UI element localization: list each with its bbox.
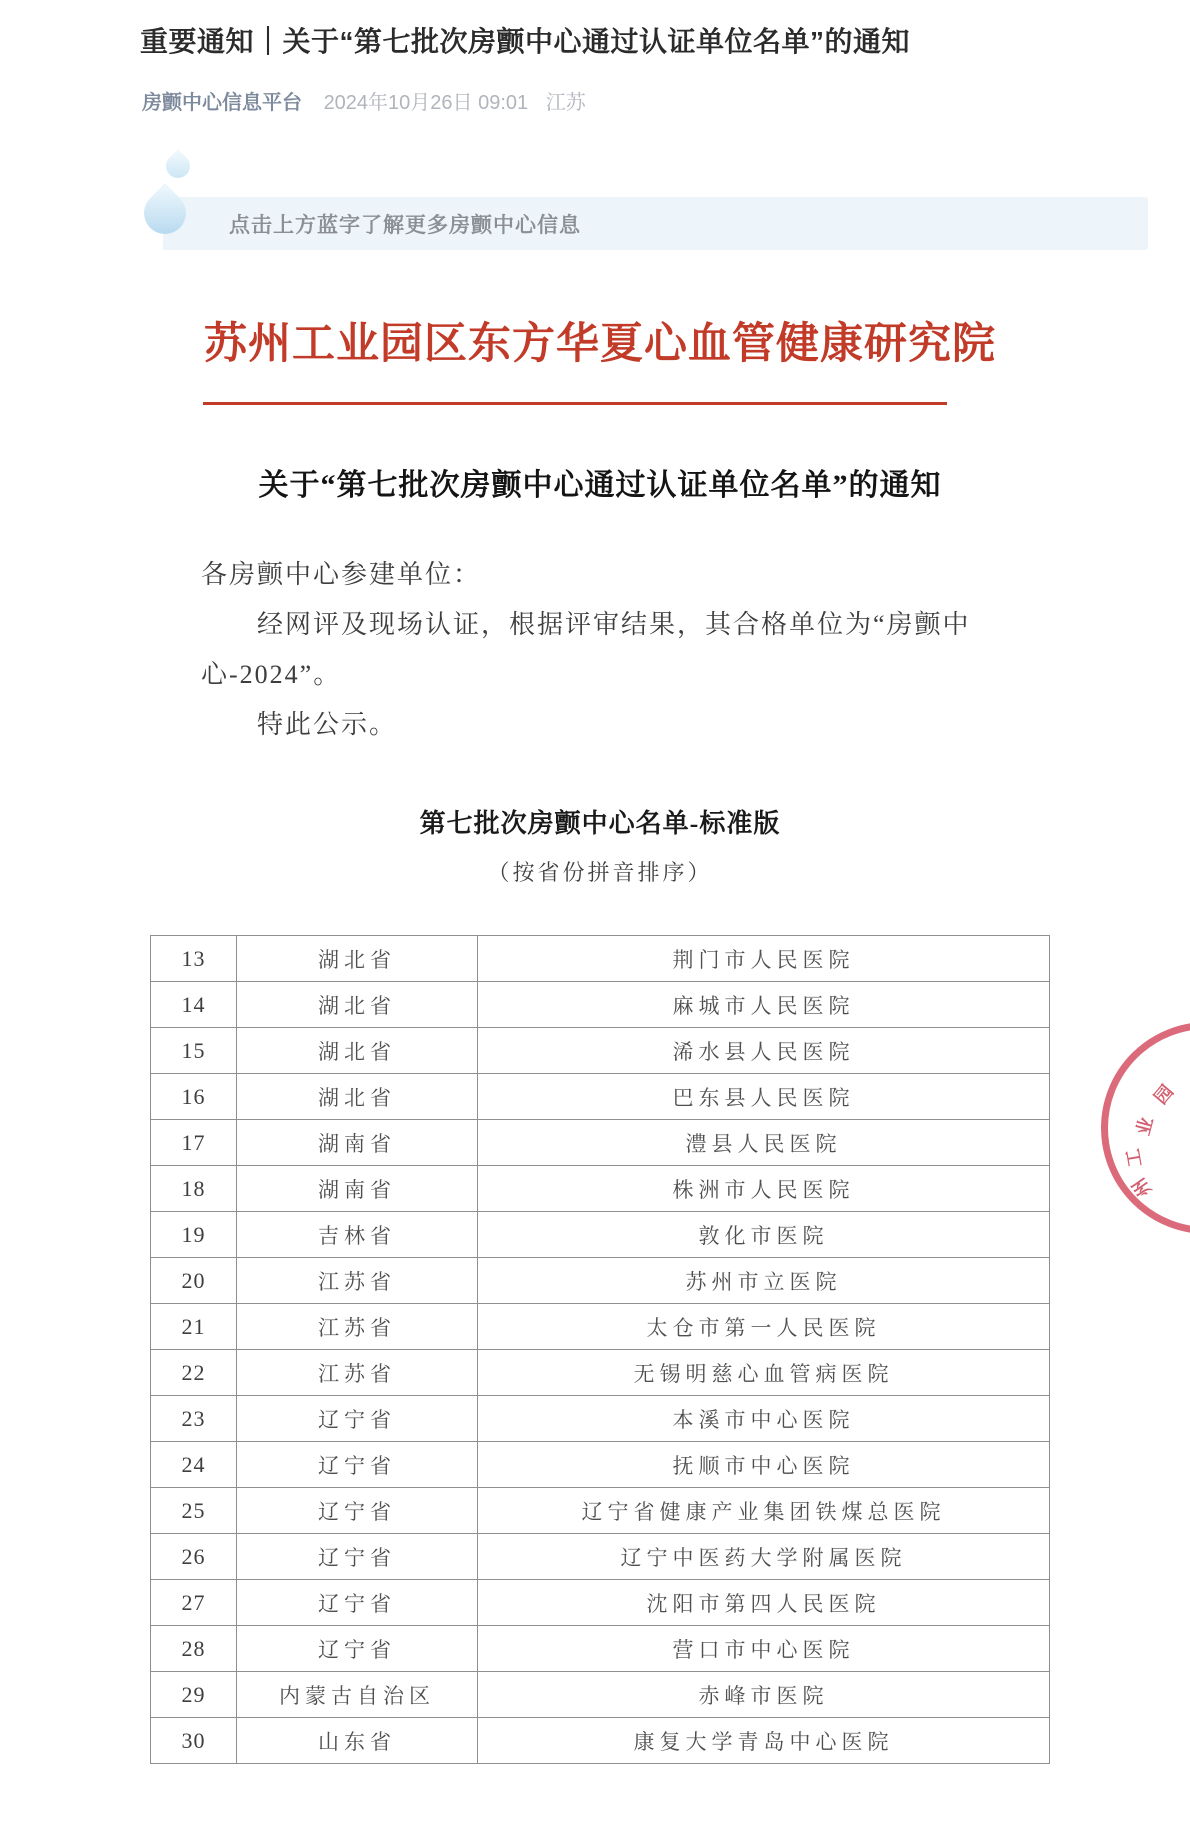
hospital-table: 13湖北省荆门市人民医院14湖北省麻城市人民医院15湖北省浠水县人民医院16湖北… [150,935,1050,1764]
org-name-title: 苏州工业园区东方华夏心血管健康研究院 [150,310,1050,371]
table-row: 13湖北省荆门市人民医院 [151,936,1050,982]
hospital-cell: 康复大学青岛中心医院 [478,1718,1050,1764]
table-row: 19吉林省敦化市医院 [151,1212,1050,1258]
province-cell: 江苏省 [237,1350,478,1396]
province-cell: 辽宁省 [237,1626,478,1672]
table-row: 29内蒙古自治区赤峰市医院 [151,1672,1050,1718]
row-number-cell: 20 [151,1258,237,1304]
hospital-cell: 苏州市立医院 [478,1258,1050,1304]
province-cell: 湖北省 [237,1074,478,1120]
row-number-cell: 15 [151,1028,237,1074]
table-row: 17湖南省澧县人民医院 [151,1120,1050,1166]
list-title: 第七批次房颤中心名单-标准版 [150,803,1050,840]
table-row: 27辽宁省沈阳市第四人民医院 [151,1580,1050,1626]
row-number-cell: 26 [151,1534,237,1580]
row-number-cell: 24 [151,1442,237,1488]
hospital-cell: 辽宁省健康产业集团铁煤总医院 [478,1488,1050,1534]
row-number-cell: 19 [151,1212,237,1258]
notice-body-line: 经网评及现场认证，根据评审结果，其合格单位为“房颤中 [201,600,1061,650]
table-row: 20江苏省苏州市立医院 [151,1258,1050,1304]
water-drop-large [135,183,194,242]
province-cell: 辽宁省 [237,1488,478,1534]
account-name-link[interactable]: 房颤中心信息平台 [142,92,302,114]
hospital-cell: 麻城市人民医院 [478,982,1050,1028]
table-row: 21江苏省太仓市第一人民医院 [151,1304,1050,1350]
row-number-cell: 21 [151,1304,237,1350]
hospital-cell: 巴东县人民医院 [478,1074,1050,1120]
table-row: 26辽宁省辽宁中医药大学附属医院 [151,1534,1050,1580]
table-row: 24辽宁省抚顺市中心医院 [151,1442,1050,1488]
table-row: 16湖北省巴东县人民医院 [151,1074,1050,1120]
table-row: 28辽宁省营口市中心医院 [151,1626,1050,1672]
province-cell: 湖南省 [237,1120,478,1166]
notice-body-line: 各房颤中心参建单位： [201,550,1061,600]
article-meta: 房颤中心信息平台 2024年10月26日 09:01 江苏 [142,86,1042,115]
province-cell: 湖北省 [237,982,478,1028]
article-title: 重要通知｜关于“第七批次房颤中心通过认证单位名单”的通知 [140,24,1080,60]
province-cell: 辽宁省 [237,1396,478,1442]
publish-location: 江苏 [546,92,586,114]
province-cell: 吉林省 [237,1212,478,1258]
hospital-cell: 敦化市医院 [478,1212,1050,1258]
top-hint-banner: 点击上方蓝字了解更多房颤中心信息 [163,197,1148,250]
notice-body: 各房颤中心参建单位： 经网评及现场认证，根据评审结果，其合格单位为“房颤中 心-… [201,550,1061,750]
row-number-cell: 22 [151,1350,237,1396]
province-cell: 辽宁省 [237,1534,478,1580]
seal-character: 园 [1147,1079,1178,1110]
row-number-cell: 28 [151,1626,237,1672]
publish-date: 2024年10月26日 09:01 [324,92,529,114]
row-number-cell: 30 [151,1718,237,1764]
water-drop-small [161,149,195,183]
notice-heading: 关于“第七批次房颤中心通过认证单位名单”的通知 [150,460,1050,504]
province-cell: 辽宁省 [237,1580,478,1626]
table-row: 25辽宁省辽宁省健康产业集团铁煤总医院 [151,1488,1050,1534]
table-row: 30山东省康复大学青岛中心医院 [151,1718,1050,1764]
hospital-cell: 营口市中心医院 [478,1626,1050,1672]
row-number-cell: 23 [151,1396,237,1442]
hospital-cell: 无锡明慈心血管病医院 [478,1350,1050,1396]
hospital-cell: 本溪市中心医院 [478,1396,1050,1442]
province-cell: 江苏省 [237,1304,478,1350]
seal-character: 业 [1129,1114,1159,1138]
hospital-cell: 辽宁中医药大学附属医院 [478,1534,1050,1580]
row-number-cell: 14 [151,982,237,1028]
row-number-cell: 16 [151,1074,237,1120]
hospital-cell: 沈阳市第四人民医院 [478,1580,1050,1626]
wechat-article-page: 重要通知｜关于“第七批次房颤中心通过认证单位名单”的通知 房颤中心信息平台 20… [0,0,1190,1838]
row-number-cell: 25 [151,1488,237,1534]
hospital-cell: 浠水县人民医院 [478,1028,1050,1074]
table-row: 15湖北省浠水县人民医院 [151,1028,1050,1074]
hospital-cell: 赤峰市医院 [478,1672,1050,1718]
notice-body-line: 特此公示。 [201,700,1061,750]
table-row: 23辽宁省本溪市中心医院 [151,1396,1050,1442]
province-cell: 山东省 [237,1718,478,1764]
row-number-cell: 27 [151,1580,237,1626]
hospital-cell: 澧县人民医院 [478,1120,1050,1166]
province-cell: 江苏省 [237,1258,478,1304]
list-sort-note: （按省份拼音排序） [150,856,1050,887]
seal-character: 州 [1125,1173,1157,1203]
red-seal-partial: 园业工州 [1101,1022,1190,1234]
table-row: 22江苏省无锡明慈心血管病医院 [151,1350,1050,1396]
province-cell: 内蒙古自治区 [237,1672,478,1718]
water-drop-icon [142,150,206,254]
hospital-cell: 株洲市人民医院 [478,1166,1050,1212]
row-number-cell: 29 [151,1672,237,1718]
red-divider-line [203,402,947,405]
table-row: 18湖南省株洲市人民医院 [151,1166,1050,1212]
province-cell: 湖南省 [237,1166,478,1212]
hospital-cell: 抚顺市中心医院 [478,1442,1050,1488]
seal-character: 工 [1119,1147,1148,1169]
row-number-cell: 18 [151,1166,237,1212]
hospital-cell: 荆门市人民医院 [478,936,1050,982]
province-cell: 湖北省 [237,1028,478,1074]
row-number-cell: 17 [151,1120,237,1166]
table-body: 13湖北省荆门市人民医院14湖北省麻城市人民医院15湖北省浠水县人民医院16湖北… [151,936,1050,1764]
province-cell: 湖北省 [237,936,478,982]
province-cell: 辽宁省 [237,1442,478,1488]
row-number-cell: 13 [151,936,237,982]
table-row: 14湖北省麻城市人民医院 [151,982,1050,1028]
notice-body-line: 心-2024”。 [201,650,1061,700]
hospital-cell: 太仓市第一人民医院 [478,1304,1050,1350]
banner-text: 点击上方蓝字了解更多房颤中心信息 [229,209,581,239]
